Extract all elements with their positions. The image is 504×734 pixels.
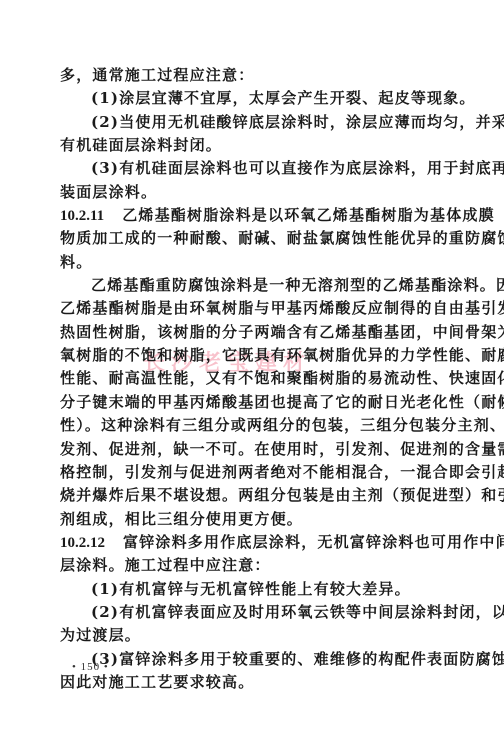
text-line: 料。 (60, 251, 452, 274)
text-line: (1)涂层宜薄不宜厚，太厚会产生开裂、起皮等现象。 (60, 87, 452, 110)
line-text: 发剂、促进剂，缺一不可。在使用时，引发剂、促进剂的含量需要严 (60, 440, 504, 458)
text-line: 层涂料。施工过程中应注意： (60, 554, 452, 577)
line-text: 乙烯基酯树脂是由环氧树脂与甲基丙烯酸反应制得的自由基引发 (60, 299, 504, 317)
line-text: 性）。这种涂料有三组分或两组分的包装，三组分包装分主剂、引 (60, 416, 504, 434)
section-heading-line: 10.2.11乙烯基酯树脂涂料是以环氧乙烯基酯树脂为基体成膜 (60, 204, 452, 227)
line-text: (1)涂层宜薄不宜厚，太厚会产生开裂、起皮等现象。 (91, 89, 476, 107)
text-line: (3)有机硅面层涂料也可以直接作为底层涂料，用于封底再涂 (60, 157, 452, 180)
line-text: (3)有机硅面层涂料也可以直接作为底层涂料，用于封底再涂 (91, 159, 504, 177)
line-text: 氧树脂的不饱和树脂，它既具有环氧树脂优异的力学性能、耐腐蚀 (60, 346, 504, 364)
line-text: 层涂料。施工过程中应注意： (60, 556, 271, 574)
line-text: 格控制，引发剂与促进剂两者绝对不能相混合，一混合即会引起燃 (60, 463, 504, 481)
line-text: 剂组成，相比三组分使用更方便。 (60, 510, 303, 528)
text-line: 氧树脂的不饱和树脂，它既具有环氧树脂优异的力学性能、耐腐蚀 (60, 344, 452, 367)
text-line: (1)有机富锌与无机富锌性能上有较大差异。 (60, 578, 452, 601)
line-text: 有机硅面层涂料封闭。 (60, 136, 222, 154)
line-text: 富锌涂料多用作底层涂料，无机富锌涂料也可用作中间 (123, 533, 504, 551)
line-text: 乙烯基酯重防腐蚀涂料是一种无溶剂型的乙烯基酯涂料。因 (91, 276, 504, 294)
line-text: (3)富锌涂料多用于较重要的、难维修的构配件表面防腐蚀。 (91, 650, 504, 668)
line-text: 分子键末端的甲基丙烯酸基团也提高了它的耐日光老化性（耐候 (60, 393, 504, 411)
text-line: 烧并爆炸后果不堪设想。两组分包装是由主剂（预促进型）和引发 (60, 484, 452, 507)
text-line: 发剂、促进剂，缺一不可。在使用时，引发剂、促进剂的含量需要严 (60, 438, 452, 461)
document-body: 多，通常施工过程应注意：(1)涂层宜薄不宜厚，太厚会产生开裂、起皮等现象。(2)… (60, 64, 452, 694)
text-line: 有机硅面层涂料封闭。 (60, 134, 452, 157)
line-text: 装面层涂料。 (60, 183, 157, 201)
line-text: 为过渡层。 (60, 626, 141, 644)
text-line: 性能、耐高温性能，又有不饱和聚酯树脂的易流动性、快速固化性。 (60, 367, 452, 390)
text-line: 因此对施工工艺要求较高。 (60, 671, 452, 694)
text-line: (2)有机富锌表面应及时用环氧云铁等中间层涂料封闭，以作 (60, 601, 452, 624)
line-text: 因此对施工工艺要求较高。 (60, 673, 254, 691)
line-text: 多，通常施工过程应注意： (60, 66, 254, 84)
text-line: 乙烯基酯重防腐蚀涂料是一种无溶剂型的乙烯基酯涂料。因 (60, 274, 452, 297)
text-line: 性）。这种涂料有三组分或两组分的包装，三组分包装分主剂、引 (60, 414, 452, 437)
line-text: (2)有机富锌表面应及时用环氧云铁等中间层涂料封闭，以作 (91, 603, 504, 621)
line-text: 料。 (60, 253, 92, 271)
text-line: 多，通常施工过程应注意： (60, 64, 452, 87)
line-text: 乙烯基酯树脂涂料是以环氧乙烯基酯树脂为基体成膜 (122, 206, 495, 224)
text-line: 为过渡层。 (60, 624, 452, 647)
text-line: 装面层涂料。 (60, 181, 452, 204)
page-number: • 150 • (72, 661, 109, 673)
text-line: 物质加工成的一种耐酸、耐碱、耐盐氯腐蚀性能优异的重防腐蚀涂 (60, 227, 452, 250)
section-number: 10.2.12 (60, 535, 105, 551)
text-line: (2)当使用无机硅酸锌底层涂料时，涂层应薄而均匀，并采用 (60, 111, 452, 134)
text-line: 热固性树脂，该树脂的分子两端含有乙烯基酯基团，中间骨架为环 (60, 321, 452, 344)
line-text: 性能、耐高温性能，又有不饱和聚酯树脂的易流动性、快速固化性。 (60, 369, 504, 387)
text-line: (3)富锌涂料多用于较重要的、难维修的构配件表面防腐蚀。 (60, 648, 452, 671)
text-line: 格控制，引发剂与促进剂两者绝对不能相混合，一混合即会引起燃 (60, 461, 452, 484)
line-text: 物质加工成的一种耐酸、耐碱、耐盐氯腐蚀性能优异的重防腐蚀涂 (60, 229, 504, 247)
section-heading-line: 10.2.12富锌涂料多用作底层涂料，无机富锌涂料也可用作中间 (60, 531, 452, 554)
text-line: 剂组成，相比三组分使用更方便。 (60, 508, 452, 531)
line-text: 烧并爆炸后果不堪设想。两组分包装是由主剂（预促进型）和引发 (60, 486, 504, 504)
line-text: (2)当使用无机硅酸锌底层涂料时，涂层应薄而均匀，并采用 (91, 113, 504, 131)
line-text: 热固性树脂，该树脂的分子两端含有乙烯基酯基团，中间骨架为环 (60, 323, 504, 341)
text-line: 分子键末端的甲基丙烯酸基团也提高了它的耐日光老化性（耐候 (60, 391, 452, 414)
section-number: 10.2.11 (60, 208, 104, 224)
line-text: (1)有机富锌与无机富锌性能上有较大差异。 (91, 580, 411, 598)
text-line: 乙烯基酯树脂是由环氧树脂与甲基丙烯酸反应制得的自由基引发 (60, 297, 452, 320)
